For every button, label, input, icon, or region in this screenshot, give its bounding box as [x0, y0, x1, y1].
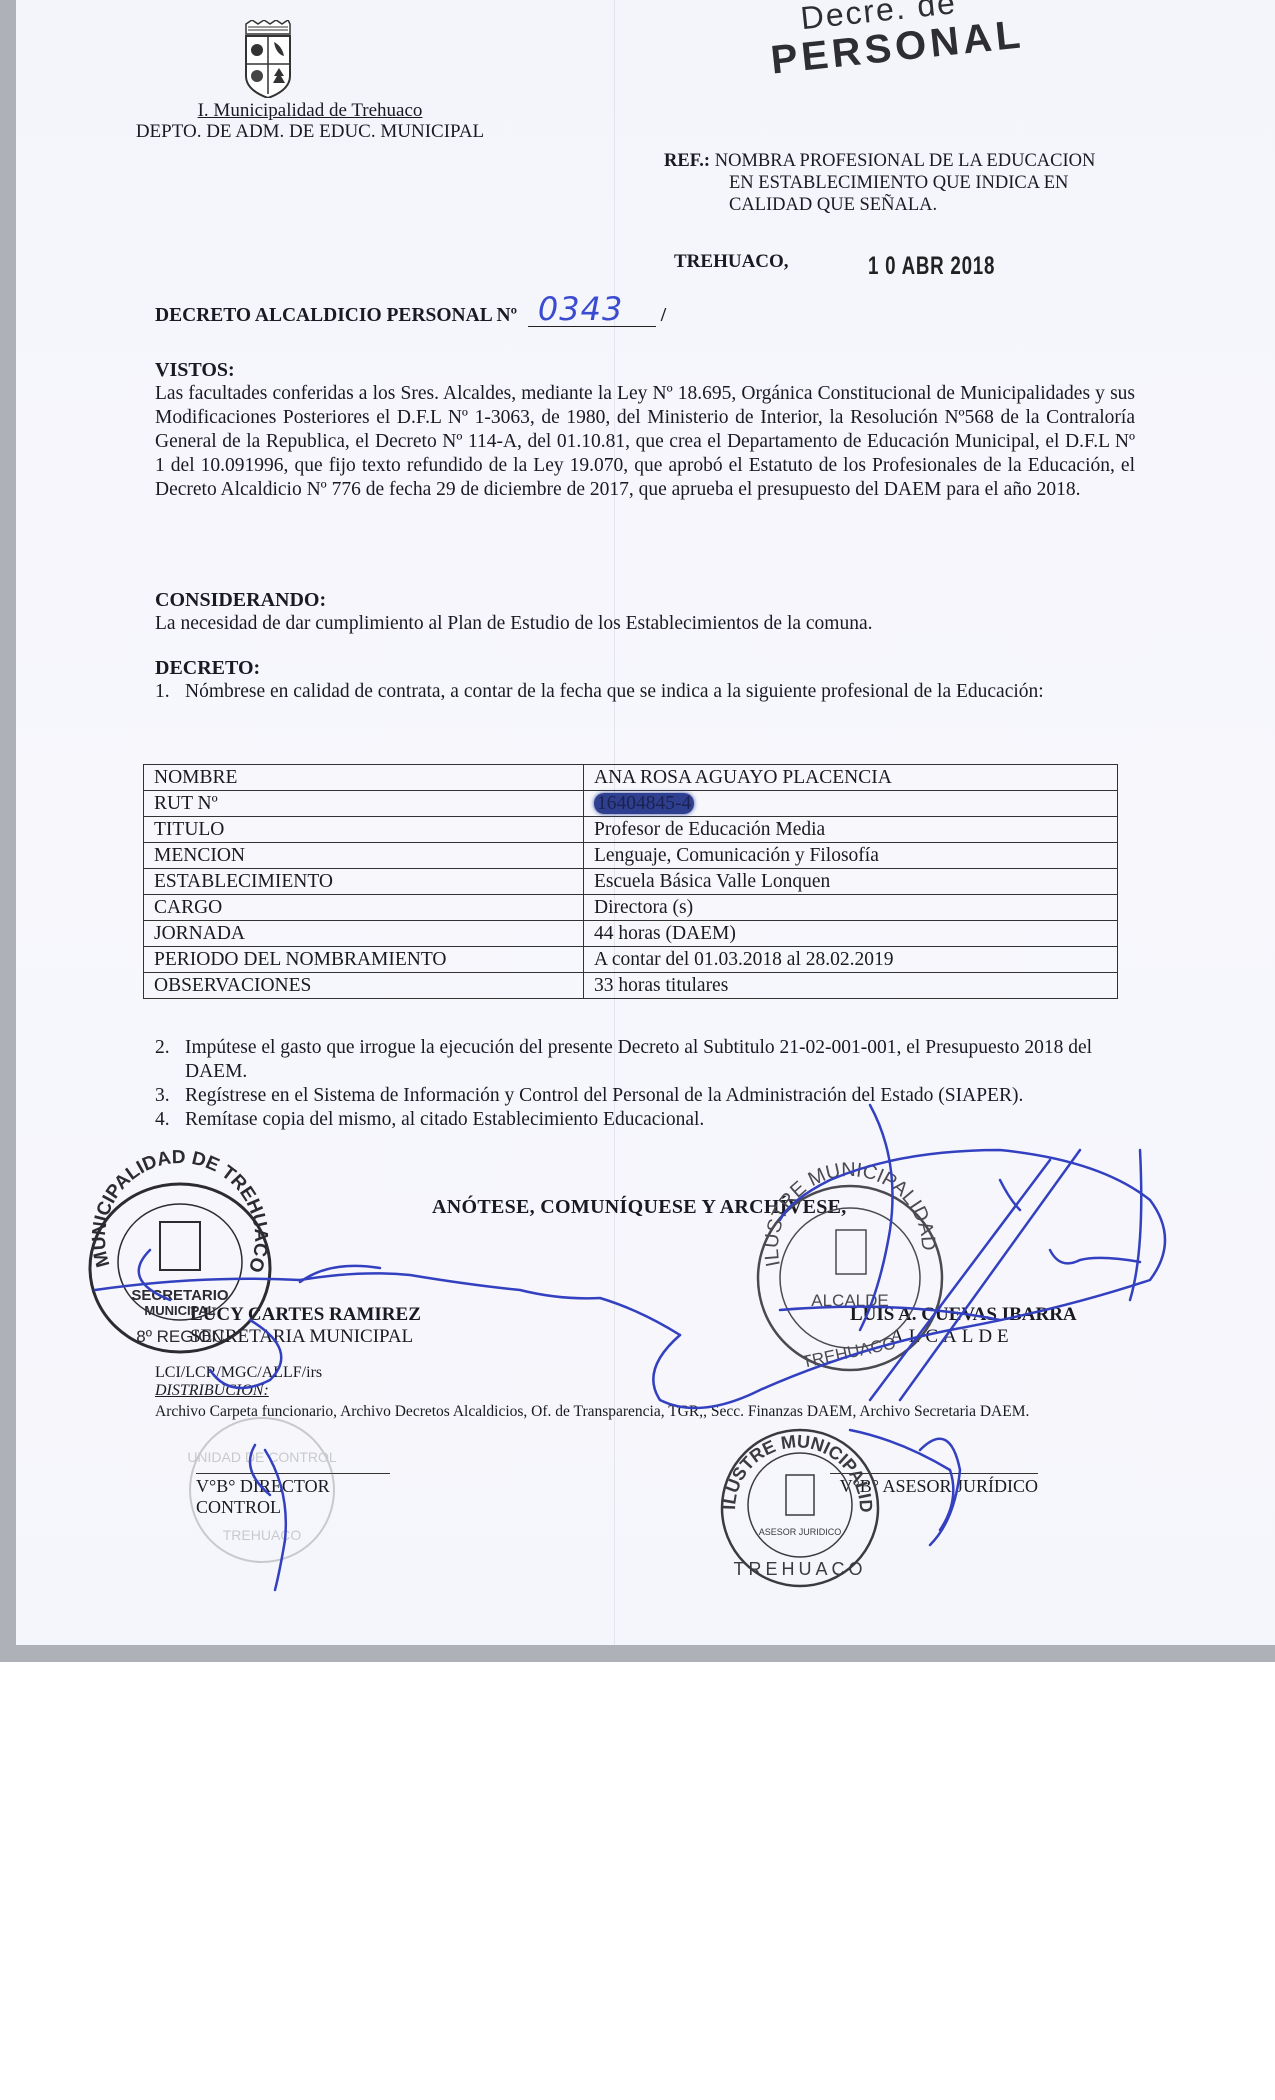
appointment-table: NOMBREANA ROSA AGUAYO PLACENCIARUT Nº164…	[143, 764, 1118, 999]
municipal-crest-icon	[242, 20, 294, 98]
reference-block: REF.: NOMBRA PROFESIONAL DE LA EDUCACION…	[664, 150, 1134, 216]
date-stamp: 1 0 ABR 2018	[868, 252, 995, 281]
decree-number-handwritten: 0343	[538, 290, 623, 328]
rut-highlight: 16404845-4	[594, 793, 694, 814]
table-row: JORNADA44 horas (DAEM)	[144, 921, 1118, 947]
table-value: 16404845-4	[584, 791, 1118, 817]
municipality-header: I. Municipalidad de Trehuaco DEPTO. DE A…	[120, 100, 500, 142]
vistos-section: VISTOS: Las facultades conferidas a los …	[155, 358, 1135, 502]
distribution-text: Archivo Carpeta funcionario, Archivo Dec…	[155, 1403, 1029, 1421]
department-name: DEPTO. DE ADM. DE EDUC. MUNICIPAL	[120, 121, 500, 142]
table-value: Lenguaje, Comunicación y Filosofía	[584, 843, 1118, 869]
initials-block: LCI/LCR/MGC/ALLF/irs DISTRIBUCION:	[155, 1364, 322, 1400]
table-row: NOMBREANA ROSA AGUAYO PLACENCIA	[144, 765, 1118, 791]
decreto-item: 4.Remítase copia del mismo, al citado Es…	[155, 1108, 1135, 1132]
decreto-heading: DECRETO:	[155, 656, 1135, 680]
municipality-name: I. Municipalidad de Trehuaco	[198, 100, 423, 121]
place: TREHUACO,	[674, 251, 789, 273]
vb-director-control: V°B° DIRECTOR CONTROL	[196, 1473, 390, 1518]
table-row: OBSERVACIONES33 horas titulares	[144, 973, 1118, 999]
mayor-signature-block: LUIS A. CUEVAS IBARRA ALCALDE	[850, 1304, 1077, 1348]
table-value: 33 horas titulares	[584, 973, 1118, 999]
vb-legal-advisor: V°B° ASESOR JURÍDICO	[830, 1473, 1038, 1497]
closing-statement: ANÓTESE, COMUNÍQUESE Y ARCHÍVESE,	[432, 1196, 847, 1219]
secretary-name: LUCY CARTES RAMIREZ	[190, 1304, 421, 1325]
table-value: A contar del 01.03.2018 al 28.02.2019	[584, 947, 1118, 973]
decree-number-line: DECRETO ALCALDICIO PERSONAL Nº 0343 /	[155, 304, 666, 327]
reference-label: REF.:	[664, 151, 710, 171]
secretary-signature-block: LUCY CARTES RAMIREZ SECRETARIA MUNICIPAL	[190, 1304, 421, 1348]
table-row: CARGODirectora (s)	[144, 895, 1118, 921]
table-row: MENCIONLenguaje, Comunicación y Filosofí…	[144, 843, 1118, 869]
table-key: MENCION	[144, 843, 584, 869]
decreto-item: 2.Impútese el gasto que irrogue la ejecu…	[155, 1036, 1135, 1084]
table-value: 44 horas (DAEM)	[584, 921, 1118, 947]
considerando-text: La necesidad de dar cumplimiento al Plan…	[155, 612, 1135, 636]
table-value: ANA ROSA AGUAYO PLACENCIA	[584, 765, 1118, 791]
reference-line-1: NOMBRA PROFESIONAL DE LA EDUCACION	[715, 151, 1096, 171]
decree-number-field: 0343	[528, 304, 656, 327]
decreto-item: 1. Nómbrese en calidad de contrata, a co…	[155, 680, 1135, 704]
considerando-section: CONSIDERANDO: La necesidad de dar cumpli…	[155, 588, 1135, 636]
table-key: NOMBRE	[144, 765, 584, 791]
secretary-title: SECRETARIA MUNICIPAL	[190, 1326, 421, 1348]
decreto-item-1: 1. Nómbrese en calidad de contrata, a co…	[155, 680, 1135, 704]
mayor-title: ALCALDE	[890, 1326, 1077, 1348]
reference-line-2: EN ESTABLECIMIENTO QUE INDICA EN	[664, 172, 1134, 194]
table-value: Escuela Básica Valle Lonquen	[584, 869, 1118, 895]
table-value: Profesor de Educación Media	[584, 817, 1118, 843]
table-key: PERIODO DEL NOMBRAMIENTO	[144, 947, 584, 973]
table-key: CARGO	[144, 895, 584, 921]
table-key: JORNADA	[144, 921, 584, 947]
table-row: ESTABLECIMIENTOEscuela Básica Valle Lonq…	[144, 869, 1118, 895]
vistos-heading: VISTOS:	[155, 358, 1135, 382]
considerando-heading: CONSIDERANDO:	[155, 588, 1135, 612]
author-initials: LCI/LCR/MGC/ALLF/irs	[155, 1364, 322, 1382]
table-key: ESTABLECIMIENTO	[144, 869, 584, 895]
decree-number-label: DECRETO ALCALDICIO PERSONAL Nº	[155, 305, 517, 326]
vistos-text: Las facultades conferidas a los Sres. Al…	[155, 382, 1135, 502]
distribution-label: DISTRIBUCION:	[155, 1382, 269, 1399]
table-value: Directora (s)	[584, 895, 1118, 921]
table-row: PERIODO DEL NOMBRAMIENTOA contar del 01.…	[144, 947, 1118, 973]
reference-line-3: CALIDAD QUE SEÑALA.	[664, 194, 1134, 216]
table-row: TITULOProfesor de Educación Media	[144, 817, 1118, 843]
table-key: TITULO	[144, 817, 584, 843]
mayor-name: LUIS A. CUEVAS IBARRA	[850, 1304, 1077, 1325]
decree-number-suffix: /	[661, 305, 666, 326]
table-row: RUT Nº16404845-4	[144, 791, 1118, 817]
table-key: OBSERVACIONES	[144, 973, 584, 999]
decreto-section: DECRETO: 1. Nómbrese en calidad de contr…	[155, 656, 1135, 704]
decreto-items: 2.Impútese el gasto que irrogue la ejecu…	[155, 1036, 1135, 1132]
table-key: RUT Nº	[144, 791, 584, 817]
decreto-item: 3.Regístrese en el Sistema de Informació…	[155, 1084, 1135, 1108]
